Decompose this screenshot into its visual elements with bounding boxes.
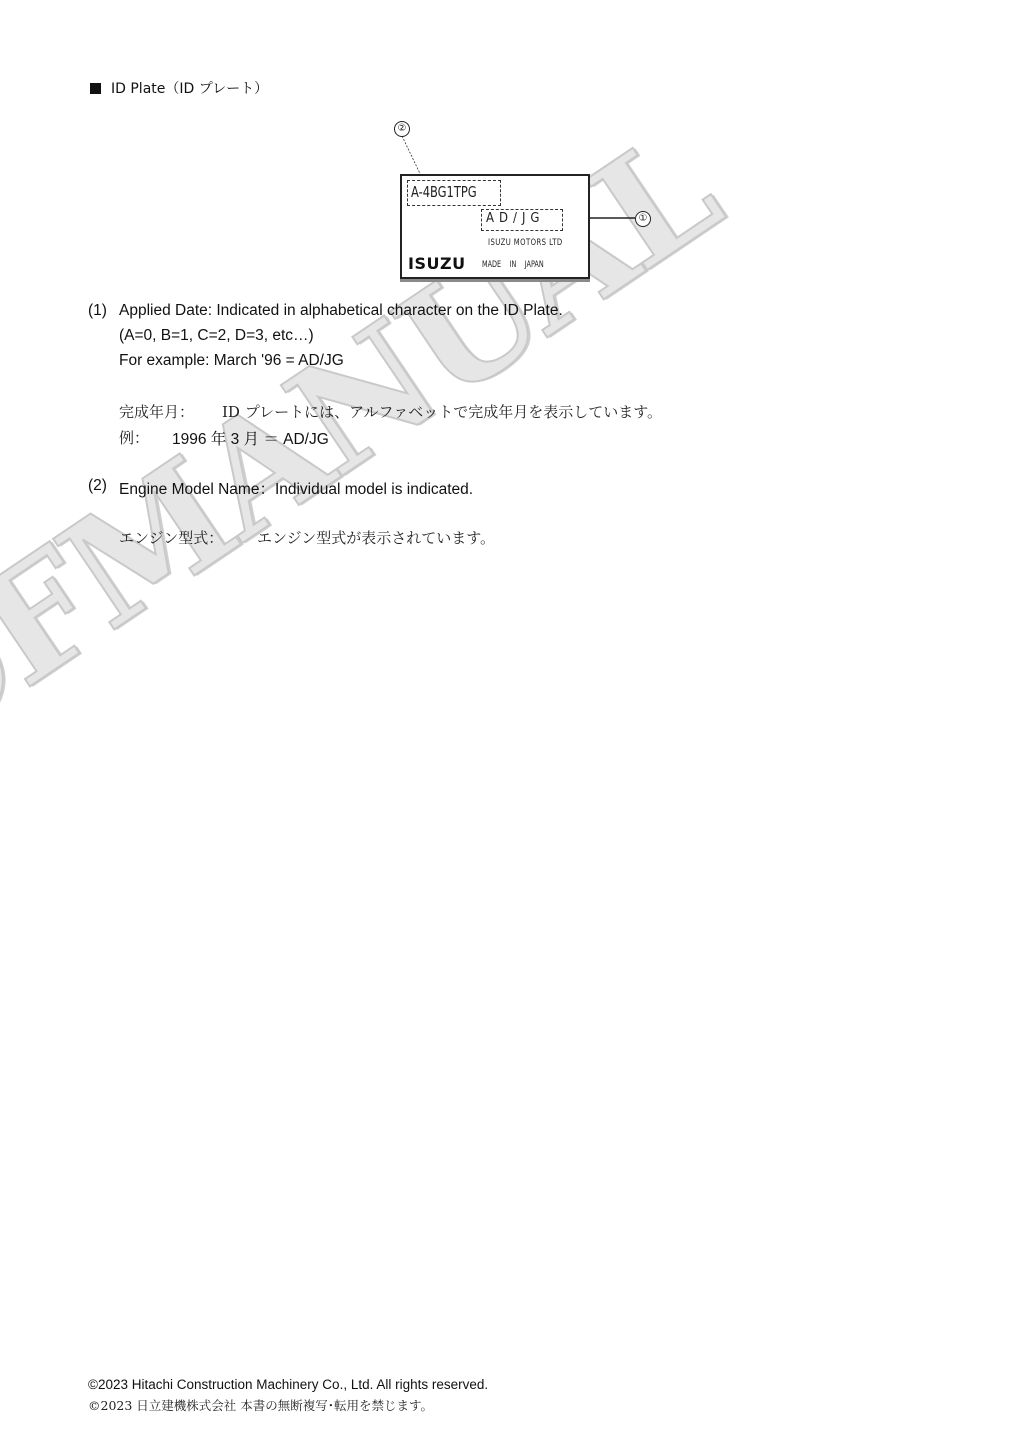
- item-2-number: (2): [88, 477, 107, 495]
- applied-date-text: AD/JG: [486, 211, 544, 226]
- item-1-jp-text: ID プレートには、アルファベットで完成年月を表示しています。: [222, 401, 662, 422]
- item-1-line-2: For example: March '96 = AD/JG: [119, 352, 344, 370]
- id-plate: A-4BG1TPG AD/JG ISUZU MOTORS LTD ISUZU M…: [400, 174, 590, 279]
- origin-text: MADE IN JAPAN: [482, 260, 544, 270]
- engine-model-text: A-4BG1TPG: [411, 183, 477, 201]
- item-1-title: Applied Date: Indicated in alphabetical …: [119, 302, 563, 320]
- item-2-jp-text: エンジン型式が表示されています。: [257, 527, 495, 548]
- section-heading-text: ID Plate（ID プレート）: [111, 81, 268, 97]
- maker-text: ISUZU MOTORS LTD: [488, 238, 563, 248]
- callout-2-icon: ②: [394, 121, 410, 137]
- item-1-jp-label: 完成年月：: [119, 401, 194, 422]
- section-heading: ID Plate（ID プレート）: [90, 78, 268, 98]
- item-1-number: (1): [88, 302, 107, 320]
- item-1-jp-example-label: 例：: [119, 427, 149, 448]
- square-bullet-icon: [90, 83, 101, 94]
- footer-copyright-en: ©2023 Hitachi Construction Machinery Co.…: [88, 1377, 488, 1392]
- item-2-jp-label: エンジン型式：: [119, 527, 223, 548]
- id-plate-figure: ② ① A-4BG1TPG AD/JG ISUZU MOTORS LTD ISU…: [380, 112, 670, 292]
- callout-1-icon: ①: [635, 211, 651, 227]
- isuzu-logo: ISUZU: [408, 254, 466, 273]
- item-1-jp-example-text: 1996 年 3 月 ＝ AD/JG: [172, 427, 329, 449]
- item-1-line-1: (A=0, B=1, C=2, D=3, etc…): [119, 327, 314, 345]
- footer-copyright-jp: ©2023 日立建機株式会社 本書の無断複写･転用を禁じます。: [88, 1396, 433, 1414]
- item-2-title: Engine Model Name：Individual model is in…: [119, 477, 473, 499]
